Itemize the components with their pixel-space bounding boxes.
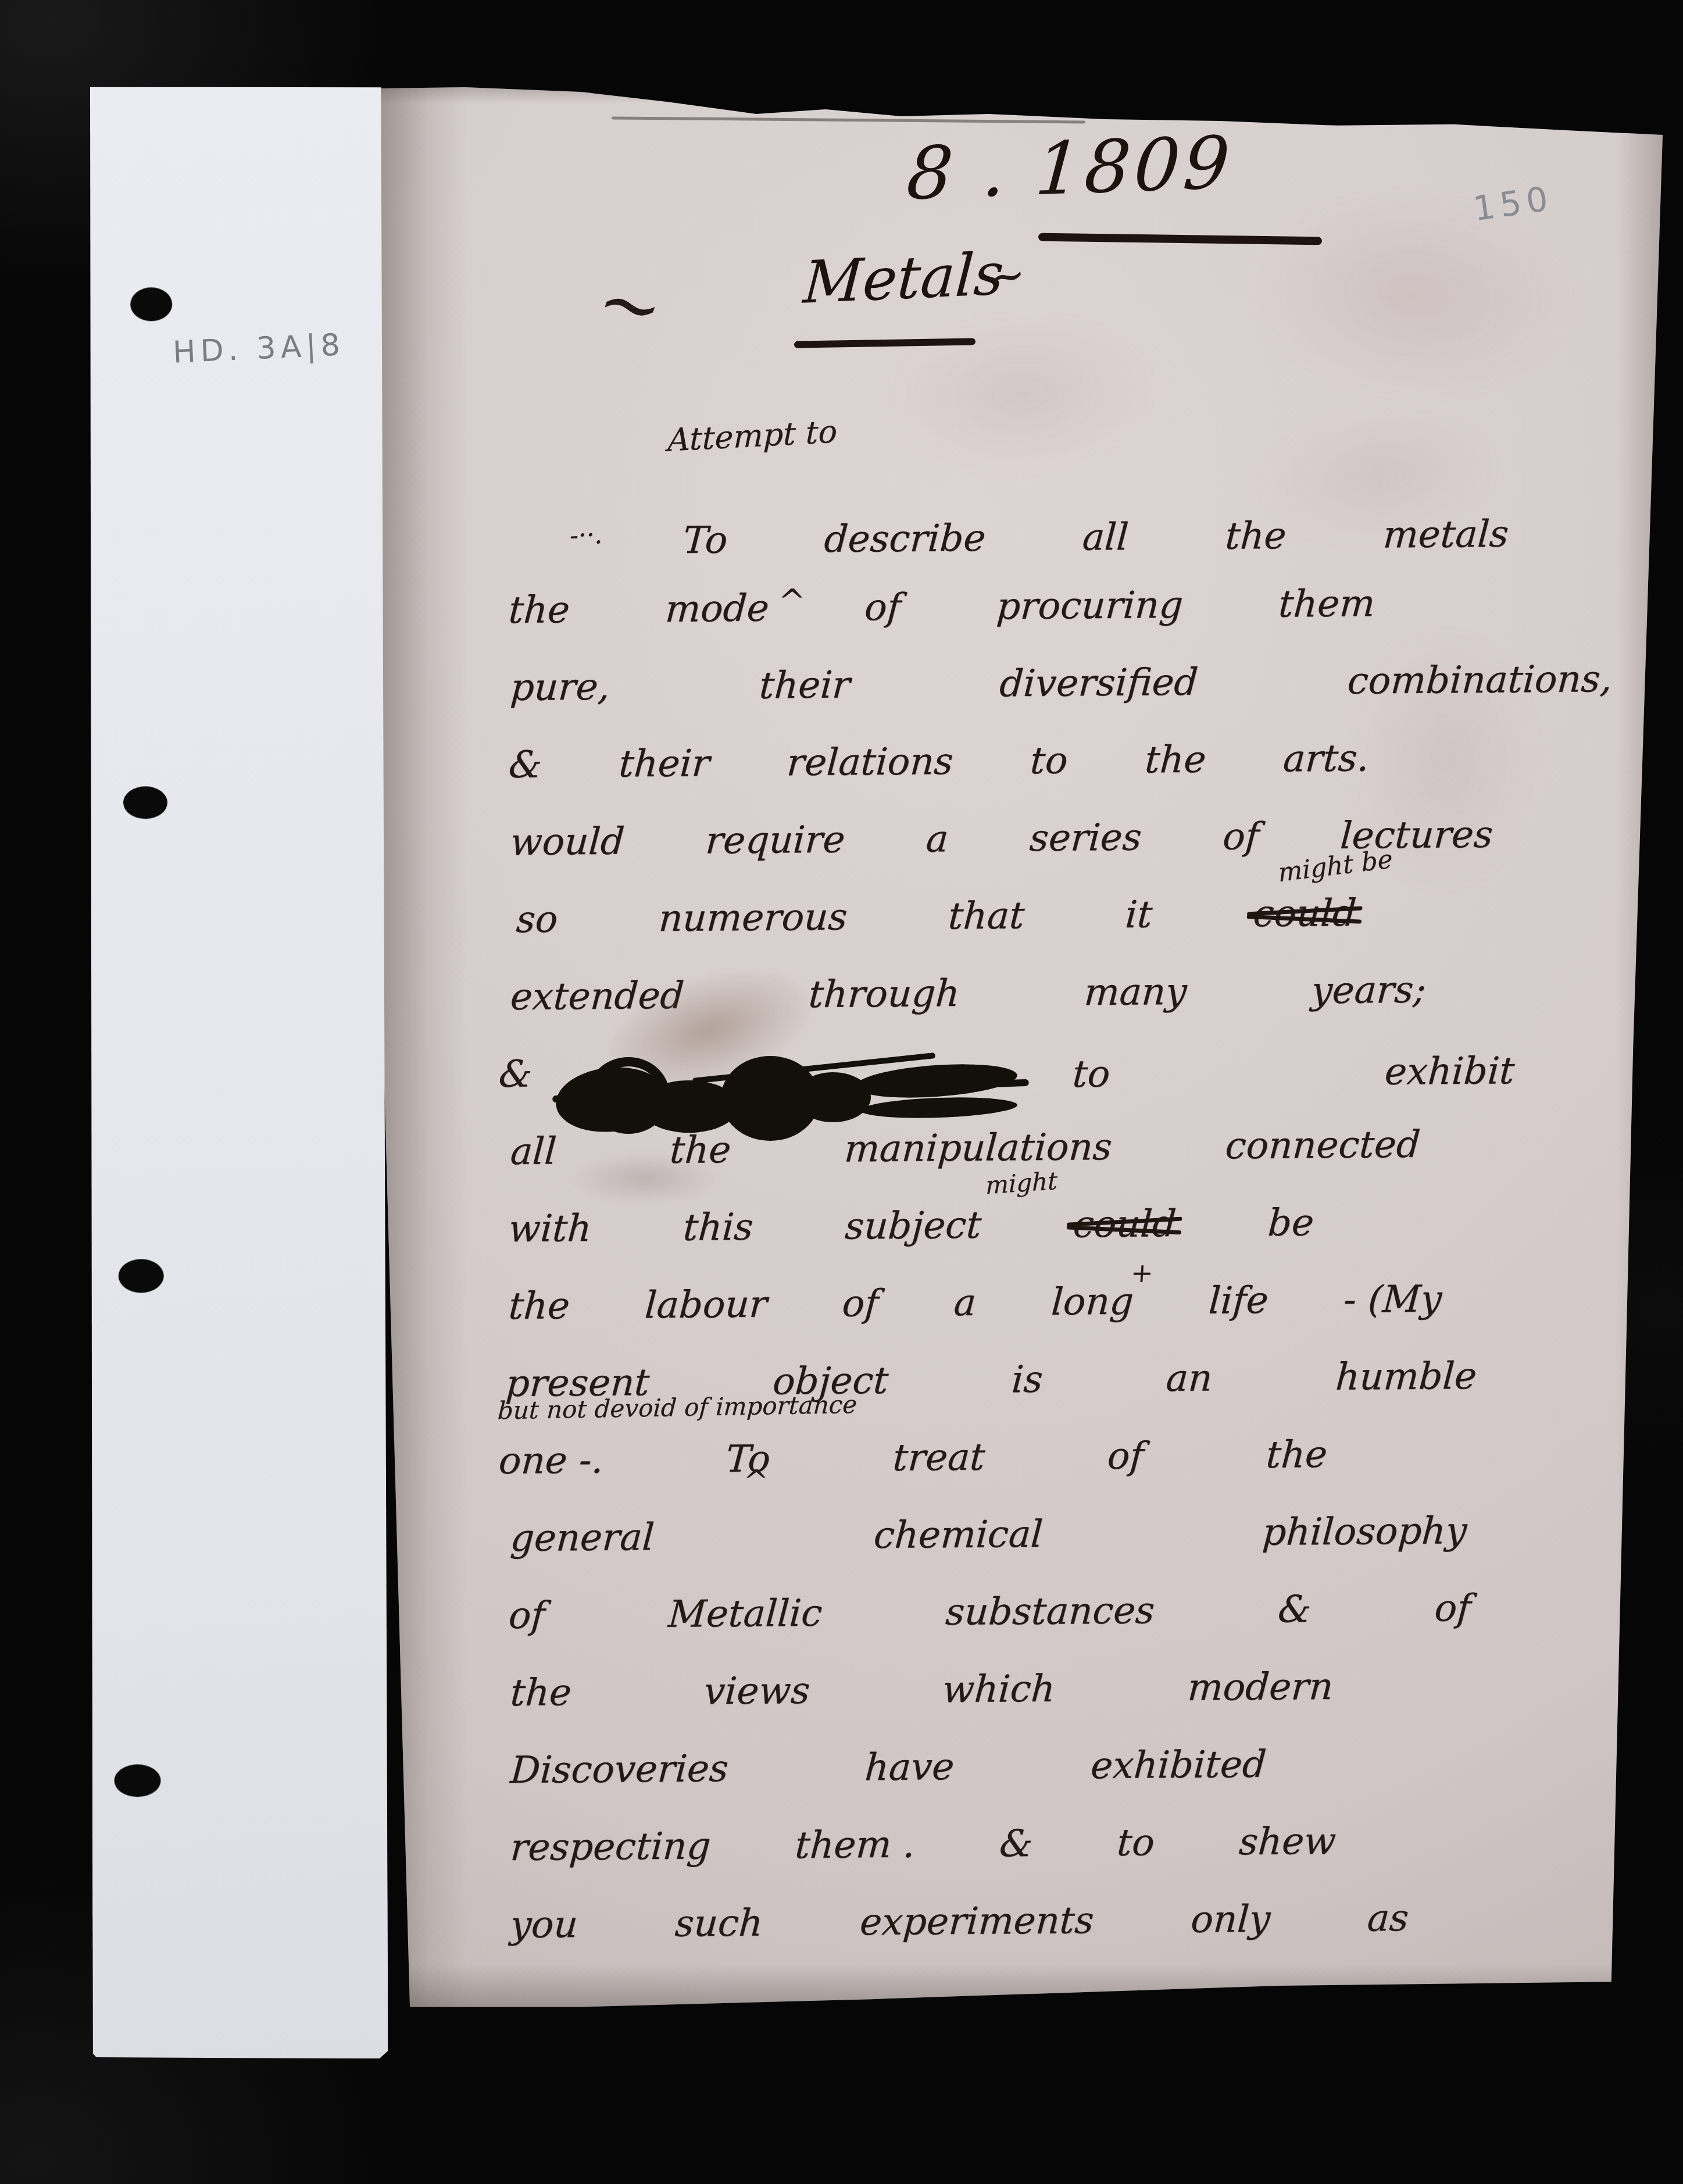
- word: long: [1050, 1283, 1134, 1321]
- word: To: [682, 522, 728, 559]
- manuscript-line: yousuchexperimentsonlyas: [508, 1883, 1410, 1960]
- word: all: [509, 1133, 558, 1170]
- ink-blot-deletion: [552, 1042, 1035, 1147]
- word: life: [1207, 1282, 1269, 1320]
- manuscript-line: respectingthem .&toshew: [508, 1807, 1338, 1883]
- word: years;: [1310, 972, 1427, 1010]
- word: of: [1221, 818, 1260, 856]
- pen-mark: ~: [586, 255, 675, 354]
- word: shew: [1238, 1823, 1337, 1861]
- heading-title-underline: [794, 338, 976, 348]
- word: the: [1144, 741, 1207, 779]
- archive-reference-label: HD. 3A|8: [172, 327, 345, 370]
- word: Metallic: [667, 1595, 823, 1633]
- word: is: [1010, 1361, 1044, 1398]
- word: chemical: [873, 1516, 1044, 1554]
- word: it: [1124, 896, 1153, 933]
- word: labour: [644, 1286, 768, 1324]
- word: describe: [823, 520, 987, 558]
- ink-smudge-faint: [570, 1152, 721, 1205]
- word: philosophy: [1262, 1512, 1468, 1551]
- manuscript-line: ofMetallicsubstances&of: [506, 1573, 1473, 1651]
- punch-hole: [130, 287, 172, 321]
- word: them: [1277, 585, 1375, 623]
- word: pure,: [509, 669, 611, 706]
- word: of: [841, 1285, 880, 1323]
- word: many: [1083, 973, 1188, 1011]
- punch-hole: [123, 786, 167, 819]
- manuscript-line: pure,theirdiversifiedcombinations,: [508, 644, 1614, 723]
- word: metals: [1382, 516, 1510, 554]
- word: connected: [1224, 1126, 1421, 1165]
- pen-mark: ~: [986, 247, 1028, 305]
- manuscript-line: thelabourofalonglife- (My: [506, 1264, 1443, 1341]
- word: &: [998, 1825, 1034, 1862]
- heading-title: Metals: [802, 243, 1006, 313]
- word: have: [864, 1748, 955, 1786]
- manuscript-line: one -.Totreatofthe: [496, 1420, 1329, 1496]
- word: a: [925, 820, 949, 858]
- word: so: [515, 901, 559, 938]
- word: treat: [892, 1439, 986, 1476]
- word: a: [953, 1284, 977, 1322]
- archive-paper-strip: HD. 3A|8: [88, 86, 388, 2059]
- word: their: [758, 666, 851, 704]
- word: the: [1265, 1436, 1328, 1474]
- word: procuring: [995, 587, 1184, 626]
- word: &: [508, 747, 543, 784]
- word: the: [508, 591, 571, 629]
- pen-mark: might: [985, 1166, 1057, 1200]
- word: experiments: [859, 1902, 1095, 1941]
- word: diversified: [999, 664, 1199, 703]
- word: to: [1029, 742, 1069, 780]
- deleted-word: could: [1072, 1205, 1177, 1243]
- word: relations: [786, 743, 955, 781]
- word: the: [509, 1674, 573, 1712]
- punch-hole: [119, 1259, 164, 1293]
- word: this: [682, 1209, 754, 1247]
- word: you: [509, 1906, 579, 1944]
- word: - (My: [1342, 1280, 1443, 1318]
- word: their: [618, 745, 711, 783]
- word: to: [1071, 1055, 1111, 1093]
- pen-mark: Attempt to: [667, 413, 838, 458]
- word: with: [508, 1210, 592, 1248]
- word: the: [508, 1287, 571, 1325]
- heading-year: 8 . 1809: [904, 123, 1235, 214]
- torn-edge-pencil-line: [612, 116, 1085, 123]
- manuscript-line: themodeofprocuringthem: [506, 569, 1377, 645]
- heading-year-underline: [1038, 233, 1322, 245]
- manuscript-line: sonumerousthatitcould: [514, 879, 1358, 955]
- manuscript-line: toexhibit: [1070, 1036, 1516, 1109]
- pen-mark: ^: [742, 1464, 770, 1499]
- word: exhibited: [1089, 1746, 1267, 1785]
- manuscript-line: Discoverieshaveexhibited: [508, 1730, 1268, 1805]
- pen-mark: +: [1130, 1257, 1154, 1289]
- word: of: [508, 1597, 546, 1635]
- pen-mark: -··.: [569, 520, 603, 551]
- manuscript-line: theviewswhichmodern: [508, 1652, 1335, 1728]
- manuscript-line: Todescribeallthemetals: [681, 499, 1510, 576]
- manuscript-line: &theirrelationstothearts.: [506, 723, 1371, 800]
- word: them .: [794, 1826, 916, 1865]
- word: &: [498, 1056, 533, 1093]
- word: views: [703, 1672, 811, 1710]
- word: would: [509, 823, 626, 861]
- deleted-word: could: [1252, 895, 1357, 933]
- pen-mark: but not devoid of importance: [497, 1390, 858, 1425]
- folio-number: 150: [1471, 179, 1556, 229]
- word: numerous: [658, 899, 848, 938]
- word: general: [509, 1519, 655, 1557]
- word: only: [1190, 1901, 1271, 1939]
- word: an: [1165, 1359, 1213, 1397]
- pen-mark: ^: [777, 583, 806, 620]
- word: exhibit: [1384, 1052, 1516, 1091]
- word: one -.: [498, 1442, 605, 1480]
- word: modern: [1187, 1668, 1334, 1707]
- word: of: [1434, 1590, 1472, 1628]
- word: as: [1366, 1900, 1410, 1937]
- word: that: [947, 897, 1025, 935]
- word: Discoveries: [509, 1750, 730, 1789]
- word: arts.: [1282, 740, 1370, 777]
- word: such: [674, 1905, 764, 1943]
- manuscript-line: generalchemicalphilosophy: [508, 1496, 1468, 1573]
- punch-hole: [114, 1764, 160, 1797]
- word: &: [1277, 1591, 1312, 1628]
- word: series: [1028, 819, 1142, 857]
- manuscript-line: &: [496, 1039, 559, 1109]
- word: combinations,: [1346, 661, 1613, 700]
- word: substances: [944, 1592, 1155, 1631]
- word: require: [705, 821, 846, 859]
- word: humble: [1335, 1358, 1478, 1396]
- word: which: [941, 1671, 1056, 1709]
- word: the: [1224, 518, 1288, 555]
- word: subject: [844, 1207, 982, 1246]
- word: respecting: [509, 1828, 712, 1867]
- word: through: [807, 975, 960, 1014]
- word: be: [1267, 1204, 1315, 1242]
- word: of: [1106, 1437, 1145, 1475]
- word: all: [1081, 519, 1130, 556]
- word: to: [1116, 1824, 1156, 1862]
- word: mode: [664, 590, 770, 627]
- word: of: [863, 589, 902, 627]
